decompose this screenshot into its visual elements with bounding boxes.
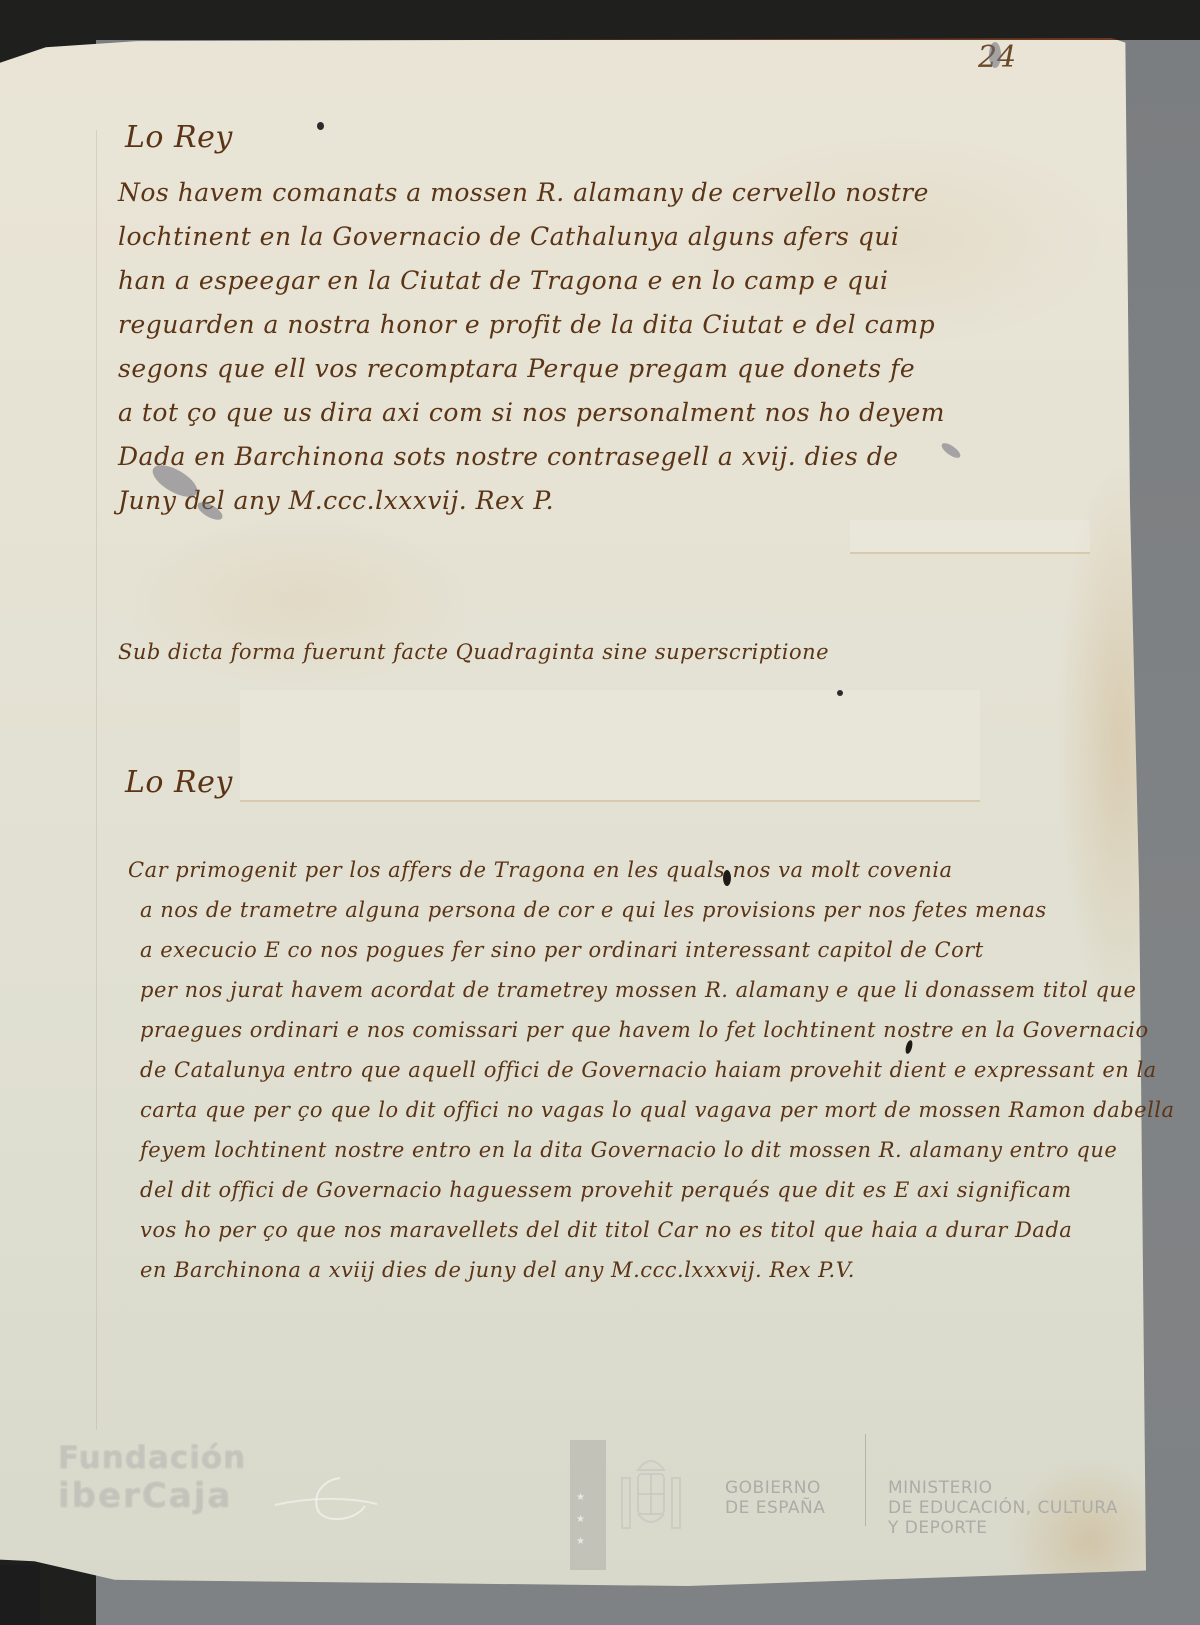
letter-2-line: praegues ordinari e nos comissari per qu… (140, 1018, 1149, 1042)
stain (989, 42, 1001, 68)
registration-note: Sub dicta forma fuerunt facte Quadragint… (118, 640, 829, 664)
watermark-ministerio: MINISTERIO DE EDUCACIÓN, CULTURA Y DEPOR… (888, 1478, 1118, 1538)
ink-spot (837, 690, 843, 696)
watermark-gobierno-espana: GOBIERNO DE ESPAÑA (725, 1478, 825, 1518)
ministerio-line1: MINISTERIO (888, 1478, 1118, 1498)
letter-1-line: han a espeegar en la Ciutat de Tragona e… (118, 266, 889, 295)
letter-1-line: Dada en Barchinona sots nostre contraseg… (118, 442, 899, 471)
ink-spot (723, 870, 731, 886)
letter-1-line: a tot ço que us dira axi com si nos pers… (118, 398, 945, 427)
watermark-divider (865, 1434, 866, 1526)
ink-spot (317, 122, 324, 130)
letter-1-line: reguarden a nostra honor e profit de la … (118, 310, 935, 339)
ministerio-line2: DE EDUCACIÓN, CULTURA (888, 1498, 1118, 1518)
ministerio-line3: Y DEPORTE (888, 1518, 1118, 1538)
letter-1-salutation: Lo Rey (125, 120, 233, 155)
gobierno-line1: GOBIERNO (725, 1478, 825, 1498)
letter-2-line: en Barchinona a xviij dies de juny del a… (140, 1258, 855, 1282)
letter-1-line: lochtinent en la Governacio de Cathaluny… (118, 222, 899, 251)
letter-2-line: per nos jurat havem acordat de trametrey… (140, 978, 1136, 1002)
letter-2-line: vos ho per ço que nos maravellets del di… (140, 1218, 1072, 1242)
spain-flag-bar-icon: ★ ★ ★ (570, 1440, 606, 1570)
margin-rule (96, 130, 97, 1430)
letter-2-line: feyem lochtinent nostre entro en la dita… (140, 1138, 1117, 1162)
paper-repair-patch (850, 520, 1090, 554)
ibercaja-swoosh-icon (265, 1470, 385, 1530)
coat-of-arms-icon (616, 1450, 686, 1548)
letter-1-line: segons que ell vos recomptara Perque pre… (118, 354, 915, 383)
letter-1-line: Nos havem comanats a mossen R. alamany d… (118, 178, 929, 207)
letter-2-line: de Catalunya entro que aquell offici de … (140, 1058, 1157, 1082)
gobierno-line2: DE ESPAÑA (725, 1498, 825, 1518)
letter-2-line: a nos de trametre alguna persona de cor … (140, 898, 1047, 922)
letter-2-line: Car primogenit per los affers de Tragona… (128, 858, 952, 882)
background-corner (0, 1565, 40, 1625)
paper-repair-patch (240, 690, 980, 802)
letter-2-line: carta que per ço que lo dit offici no va… (140, 1098, 1175, 1122)
letter-2-line: a execucio E co nos pogues fer sino per … (140, 938, 984, 962)
letter-2-line: del dit offici de Governacio haguessem p… (140, 1178, 1072, 1202)
letter-2-salutation: Lo Rey (125, 765, 233, 800)
